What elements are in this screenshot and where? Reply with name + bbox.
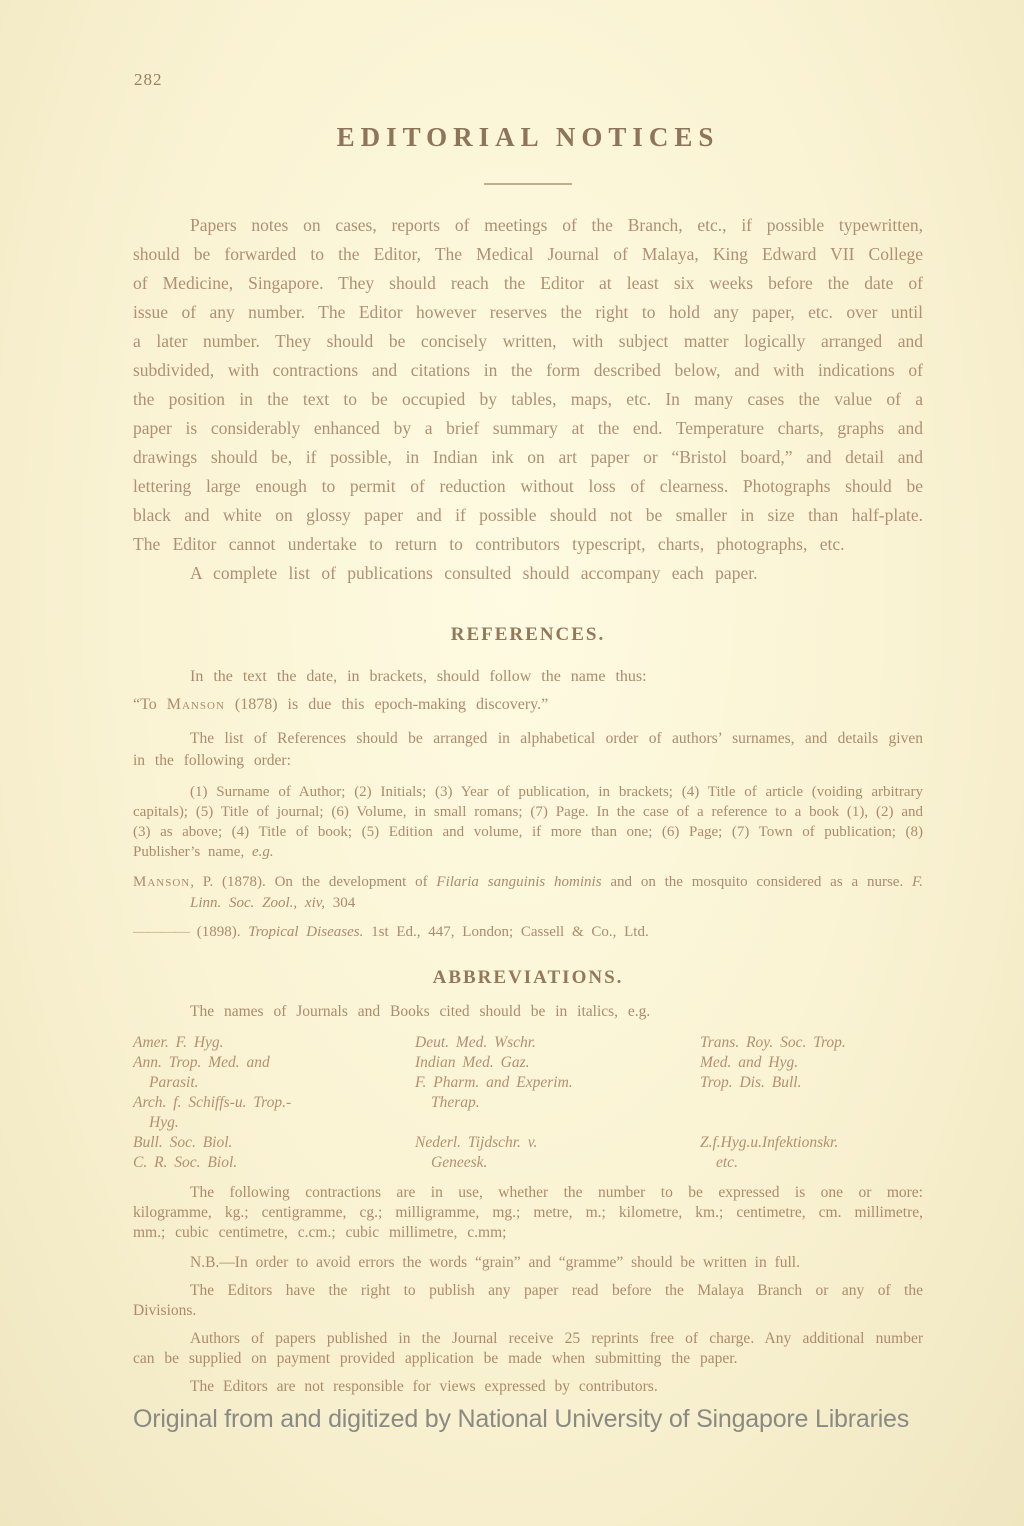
abbreviation-cell [415, 1113, 700, 1133]
reference-text: (1898). [189, 924, 248, 940]
abbreviation-cell: Indian Med. Gaz. [415, 1053, 700, 1073]
abbreviation-cell: Hyg. [133, 1113, 415, 1133]
page-title: EDITORIAL NOTICES [133, 122, 923, 153]
reprints-paragraph: Authors of papers published in the Journ… [133, 1329, 923, 1369]
abbreviation-cell: Parasit. [133, 1073, 415, 1093]
digitization-credit: Original from and digitized by National … [133, 1405, 923, 1434]
abbreviation-cell [700, 1093, 923, 1113]
abbreviation-cell: Ann. Trop. Med. and [133, 1053, 415, 1073]
abbreviations-intro: The names of Journals and Books cited sh… [133, 1001, 923, 1023]
abbreviation-cell: etc. [700, 1153, 923, 1173]
complete-list-paragraph: A complete list of publications consulte… [133, 559, 923, 588]
abbreviation-cell: Bull. Soc. Biol. [133, 1133, 415, 1153]
reference-text: and on the mosquito considered as a nurs… [602, 874, 912, 890]
abbreviation-cell: Deut. Med. Wschr. [415, 1033, 700, 1053]
reference-text: , P. (1878). On the development of [190, 874, 436, 890]
references-heading: REFERENCES. [133, 624, 923, 646]
example-post: (1878) is due this epoch-making discover… [225, 696, 548, 713]
references-numbered-list: (1) Surname of Author; (2) Initials; (3)… [133, 782, 923, 862]
reference-page: 304 [325, 895, 355, 911]
repeat-author-dash: ———— [133, 924, 189, 940]
abbreviation-cell: Geneesk. [415, 1153, 700, 1173]
abbreviation-cell: Z.f.Hyg.u.Infektionskr. [700, 1133, 923, 1153]
example-pre: “To [133, 696, 167, 713]
order-details-eg: e.g. [252, 844, 274, 860]
abbreviations-table: Amer. F. Hyg. Deut. Med. Wschr. Trans. R… [133, 1033, 923, 1173]
abbreviation-cell: C. R. Soc. Biol. [133, 1153, 415, 1173]
reference-entry-manson: Manson, P. (1878). On the development of… [133, 872, 923, 914]
reference-author: Manson [133, 874, 190, 890]
manson-example-line: “To Manson (1878) is due this epoch-maki… [133, 694, 923, 716]
scanned-journal-page: { "page": { "number": "282", "title": "E… [0, 0, 1024, 1526]
nb-paragraph: N.B.—In order to avoid errors the words … [133, 1253, 923, 1273]
references-order-intro: The list of References should be arrange… [133, 728, 923, 772]
reference-species-italic: Filaria sanguinis hominis [436, 874, 601, 890]
references-intro-line: In the text the date, in brackets, shoul… [133, 666, 923, 688]
abbreviation-cell: Trop. Dis. Bull. [700, 1073, 923, 1093]
abbreviations-heading: ABBREVIATIONS. [133, 967, 923, 989]
abbreviation-cell [700, 1113, 923, 1133]
page-content: EDITORIAL NOTICES Papers notes on cases,… [133, 0, 923, 1434]
disclaimer-paragraph: The Editors are not responsible for view… [133, 1377, 923, 1397]
example-author: Manson [167, 696, 225, 713]
intro-paragraph: Papers notes on cases, reports of meetin… [133, 211, 923, 559]
reference-entry-tropical-diseases: ———— (1898). Tropical Diseases. 1st Ed.,… [133, 922, 923, 943]
abbreviation-cell: Trans. Roy. Soc. Trop. [700, 1033, 923, 1053]
abbreviation-cell: Therap. [415, 1093, 700, 1113]
contractions-paragraph: The following contractions are in use, w… [133, 1183, 923, 1243]
abbreviation-cell: F. Pharm. and Experim. [415, 1073, 700, 1093]
abbreviation-cell: Arch. f. Schiffs-u. Trop.- [133, 1093, 415, 1113]
reference-text: 1st Ed., 447, London; Cassell & Co., Ltd… [363, 924, 648, 940]
abbreviation-cell: Nederl. Tijdschr. v. [415, 1133, 700, 1153]
abbreviation-cell: Amer. F. Hyg. [133, 1033, 415, 1053]
abbreviation-cell: Med. and Hyg. [700, 1053, 923, 1073]
reference-title-italic: Tropical Diseases. [248, 924, 363, 940]
title-divider [484, 183, 572, 185]
editors-rights-paragraph: The Editors have the right to publish an… [133, 1281, 923, 1321]
